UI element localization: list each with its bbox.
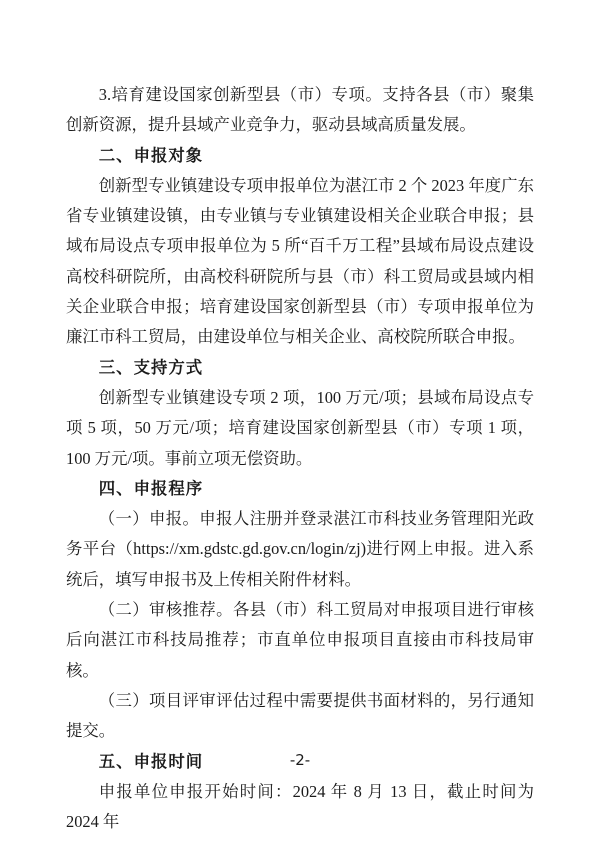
paragraph-application-targets: 创新型专业镇建设专项申报单位为湛江市 2 个 2023 年度广东省专业镇建设镇，… [66, 171, 534, 353]
paragraph-application-time: 申报单位申报开始时间：2024 年 8 月 13 日，截止时间为 2024 年 [66, 777, 534, 838]
paragraph-procedure-step3-written-materials: （三）项目评审评估过程中需要提供书面材料的，另行通知提交。 [66, 686, 534, 747]
section-heading-application-targets: 二、申报对象 [66, 141, 534, 171]
paragraph-item3-national-innovative-county: 3.培育建设国家创新型县（市）专项。支持各县（市）聚集创新资源，提升县域产业竞争… [66, 80, 534, 141]
document-body: 3.培育建设国家创新型县（市）专项。支持各县（市）聚集创新资源，提升县域产业竞争… [66, 80, 534, 837]
section-heading-application-procedure: 四、申报程序 [66, 474, 534, 504]
paragraph-support-method: 创新型专业镇建设专项 2 项，100 万元/项；县域布局设点专项 5 项，50 … [66, 383, 534, 474]
document-page: 3.培育建设国家创新型县（市）专项。支持各县（市）聚集创新资源，提升县域产业竞争… [0, 0, 600, 848]
paragraph-procedure-step2-review-recommend: （二）审核推荐。各县（市）科工贸局对申报项目进行审核后向湛江市科技局推荐；市直单… [66, 595, 534, 686]
page-number: -2- [0, 751, 600, 769]
section-heading-support-method: 三、支持方式 [66, 353, 534, 383]
paragraph-procedure-step1-online-application: （一）申报。申报人注册并登录湛江市科技业务管理阳光政务平台（https://xm… [66, 504, 534, 595]
